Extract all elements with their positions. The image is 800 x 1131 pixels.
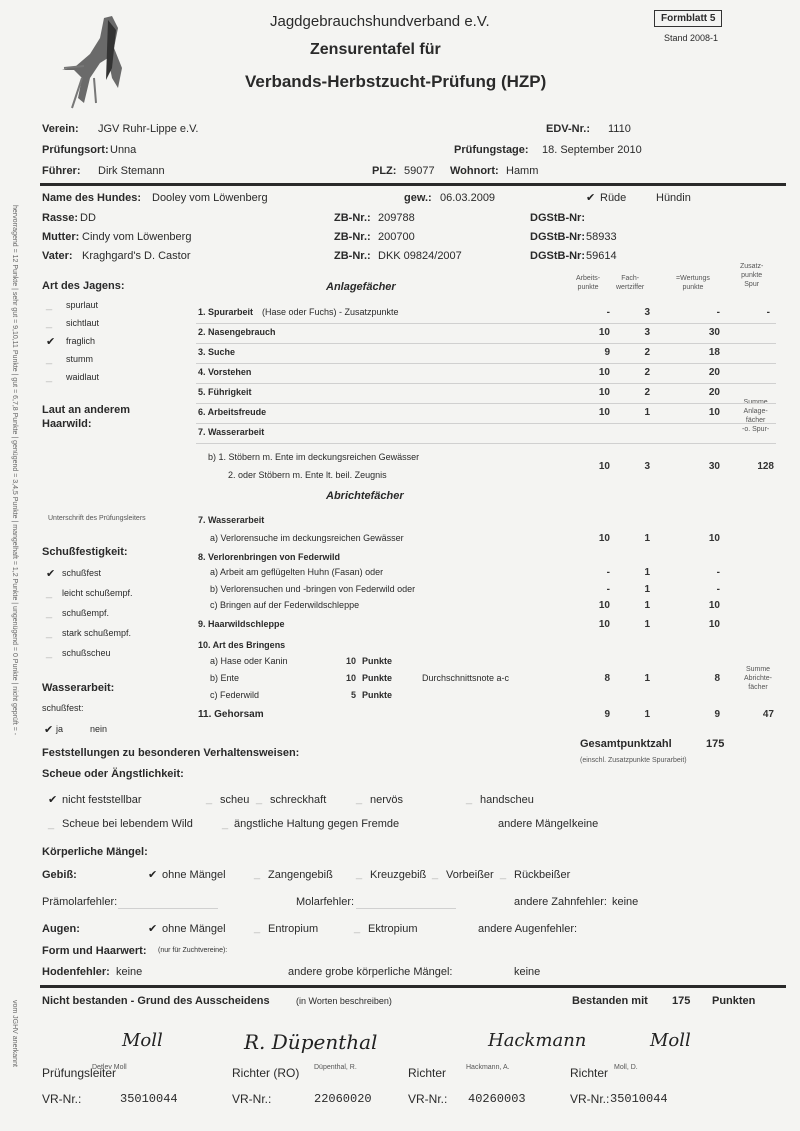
gehorsam-fw: 1 <box>620 709 650 720</box>
judge-role: Richter (RO) <box>232 1066 299 1080</box>
passed-label: Bestanden mit <box>572 995 648 1007</box>
wasser-title: Wasserarbeit: <box>42 682 114 694</box>
hunting-dog-logo-icon <box>34 8 144 116</box>
failed-label: Nicht bestanden - Grund des Ausscheidens <box>42 995 270 1007</box>
schuss-checkbox[interactable]: _ <box>46 647 52 659</box>
augen-option: Entropium <box>268 923 318 935</box>
gebiss-option: Vorbeißer <box>446 869 494 881</box>
schuss-title: Schußfestigkeit: <box>42 546 128 558</box>
anlage-wp: - <box>690 307 720 318</box>
abricht-ap: 10 <box>580 533 610 544</box>
gebiss-option: Zangengebiß <box>268 869 333 881</box>
row-divider <box>196 323 776 324</box>
scheu-checkbox[interactable]: _ <box>466 793 472 805</box>
vr-number: 22060020 <box>314 1092 372 1106</box>
verein-value: JGV Ruhr-Lippe e.V. <box>98 123 198 135</box>
rasse-value: DD <box>80 212 96 224</box>
bringen-label: a) Hase oder Kanin <box>210 656 288 666</box>
scheu-option: schreckhaft <box>270 794 326 806</box>
sum-abricht-label: SummeAbrichte-fächer <box>744 665 772 692</box>
wasser-sub: schußfest: <box>42 703 84 713</box>
vater-zb-value: DKK 09824/2007 <box>378 250 462 262</box>
sum-abricht: 47 <box>740 709 774 720</box>
rasse-label: Rasse: <box>42 212 78 224</box>
row-divider <box>196 343 776 344</box>
vr-number: 40260003 <box>468 1092 526 1106</box>
anlage-title: Anlagefächer <box>326 281 396 293</box>
dog-name-value: Dooley vom Löwenberg <box>152 192 268 204</box>
scheu-checkbox[interactable]: _ <box>256 793 262 805</box>
anlage-ap: 10 <box>580 407 610 418</box>
anlage-row-label: 3. Suche <box>198 347 235 357</box>
pruefungstage-label: Prüfungstage: <box>454 144 529 156</box>
bringen-ap: 8 <box>580 673 610 684</box>
abricht-fw: 1 <box>620 584 650 595</box>
sum-anlage: 128 <box>740 461 774 472</box>
gebiss-checkbox[interactable]: _ <box>500 868 506 880</box>
dog-name-label: Name des Hundes: <box>42 192 141 204</box>
gebiss-checkbox[interactable]: _ <box>254 868 260 880</box>
vater-value: Kraghgard's D. Castor <box>82 250 190 262</box>
divider-bottom <box>40 985 786 988</box>
abricht-title: Abrichtefächer <box>326 490 404 502</box>
judge-role: Richter <box>408 1066 446 1080</box>
jagen-title: Art des Jagens: <box>42 280 125 292</box>
row2-box-1[interactable]: _ <box>48 818 54 830</box>
col-zusatz: Zusatz-punkteSpur <box>740 262 763 289</box>
mutter-zb-label: ZB-Nr.: <box>334 231 371 243</box>
jagen-checkbox[interactable]: _ <box>46 371 52 383</box>
augen-option: ohne Mängel <box>162 923 226 935</box>
wasser-b-wp: 30 <box>690 461 720 472</box>
wohnort-value: Hamm <box>506 165 538 177</box>
praemolar-label: Prämolarfehler: <box>42 896 117 908</box>
gebiss-label: Gebiß: <box>42 869 77 881</box>
passed-points: 175 <box>672 995 690 1007</box>
row-divider <box>196 423 776 424</box>
gesamt-label: Gesamtpunktzahl <box>580 738 672 750</box>
pruefungsort-label: Prüfungsort: <box>42 144 109 156</box>
signature-caption: Unterschrift des Prüfungsleiters <box>48 515 146 522</box>
passed-unit: Punkten <box>712 995 755 1007</box>
vater-label: Vater: <box>42 250 73 262</box>
gebiss-checkbox[interactable]: _ <box>356 868 362 880</box>
signature: Moll <box>650 1030 691 1051</box>
anlage-wp: 20 <box>690 387 720 398</box>
form-note: (nur für Zuchtvereine): <box>158 947 227 954</box>
grading-scale-note: hervorragend = 12 Punkte | sehr gut = 9,… <box>11 205 18 735</box>
abricht-fw: 1 <box>620 619 650 630</box>
bringen-unit: Punkte <box>362 656 392 666</box>
abricht-wp: 10 <box>690 619 720 630</box>
jagen-option: stumm <box>66 354 93 364</box>
abricht-wp: 10 <box>690 533 720 544</box>
abricht-fw: 1 <box>620 533 650 544</box>
wasser-nein: nein <box>90 724 107 734</box>
schuss-checkbox[interactable]: _ <box>46 587 52 599</box>
vater-dgstb-label: DGStB-Nr: <box>530 250 585 262</box>
bringen-fw: 1 <box>620 673 650 684</box>
scheu-title: Scheue oder Ängstlichkeit: <box>42 768 184 780</box>
jagen-checkbox[interactable]: _ <box>46 299 52 311</box>
mutter-dgstb-label: DGStB-Nr: <box>530 231 585 243</box>
scheu-checkbox[interactable]: _ <box>356 793 362 805</box>
schuss-option: schußfest <box>62 568 101 578</box>
pruefungsort-value: Unna <box>110 144 136 156</box>
bringen-unit: Punkte <box>362 673 392 683</box>
jagen-checkbox[interactable]: _ <box>46 317 52 329</box>
grobe-label: andere grobe körperliche Mängel: <box>288 966 453 978</box>
abricht-fw: 1 <box>620 600 650 611</box>
gesamt-note: (einschl. Zusatzpunkte Spurarbeit) <box>580 757 687 764</box>
signature: R. Düpenthal <box>244 1030 377 1054</box>
anlage-row-note: (Hase oder Fuchs) - Zusatzpunkte <box>262 307 399 317</box>
augen-option: Ektropium <box>368 923 418 935</box>
mutter-label: Mutter: <box>42 231 79 243</box>
schuss-checkbox[interactable]: ✔ <box>46 567 55 580</box>
anlage-fw: 1 <box>620 407 650 418</box>
judge-name: Moll, D. <box>614 1064 638 1071</box>
row-divider <box>196 443 776 444</box>
gew-label: gew.: <box>404 192 432 204</box>
bringen-unit: Punkte <box>362 690 392 700</box>
anlage-row-label: 5. Führigkeit <box>198 387 252 397</box>
edv-label: EDV-Nr.: <box>546 123 590 135</box>
gebiss-checkbox[interactable]: _ <box>432 868 438 880</box>
plz-label: PLZ: <box>372 165 396 177</box>
abricht-ap: - <box>580 584 610 595</box>
mutter-zb-value: 200700 <box>378 231 415 243</box>
jagen-checkbox[interactable]: ✔ <box>46 335 55 348</box>
abricht-ap: 10 <box>580 600 610 611</box>
edv-value: 1110 <box>608 123 631 135</box>
scheu-checkbox[interactable]: _ <box>206 793 212 805</box>
vater-dgstb-value: 59614 <box>586 250 617 262</box>
wasser-b-ap: 10 <box>580 461 610 472</box>
zahn-label: andere Zahnfehler: <box>514 896 607 908</box>
mutter-value: Cindy vom Löwenberg <box>82 231 191 243</box>
anlage-row-label: 2. Nasengebrauch <box>198 327 276 337</box>
gew-value: 06.03.2009 <box>440 192 495 204</box>
divider-top <box>40 183 786 186</box>
anlage-row-label: 4. Vorstehen <box>198 367 251 377</box>
row-divider <box>196 403 776 404</box>
scheu-lebend: Scheue bei lebendem Wild <box>62 818 193 830</box>
augen-other-label: andere Augenfehler: <box>478 923 577 935</box>
schuss-option: schußscheu <box>62 648 111 658</box>
gebiss-option: ohne Mängel <box>162 869 226 881</box>
vr-label: VR-Nr.: <box>570 1092 609 1106</box>
gebiss-checkbox[interactable]: ✔ <box>148 868 157 881</box>
fuehrer-label: Führer: <box>42 165 81 177</box>
abricht-row-label: b) Verlorensuchen und -bringen von Feder… <box>210 584 415 594</box>
anlage-fw: 2 <box>620 347 650 358</box>
anlage-ap: 9 <box>580 347 610 358</box>
anlage-row-label: 7. Wasserarbeit <box>198 427 264 437</box>
title-line-1: Zensurentafel für <box>310 41 441 59</box>
col-fach: Fach-wertziffer <box>616 274 644 292</box>
vr-number: 35010044 <box>610 1092 668 1106</box>
anlage-fw: 2 <box>620 367 650 378</box>
row2-box-2[interactable]: _ <box>222 818 228 830</box>
anlage-fw: 3 <box>620 307 650 318</box>
form-label: Form und Haarwert: <box>42 945 147 957</box>
anlage-row-label: 1. Spurarbeit <box>198 307 253 317</box>
anlage-wp: 20 <box>690 367 720 378</box>
jagen-option: sichtlaut <box>66 318 99 328</box>
jagen-checkbox[interactable]: _ <box>46 353 52 365</box>
augen-checkbox[interactable]: _ <box>354 922 360 934</box>
vr-label: VR-Nr.: <box>232 1092 271 1106</box>
failed-note: (in Worten beschreiben) <box>296 996 392 1006</box>
abricht-wp: - <box>690 584 720 595</box>
abricht-row-label: 7. Wasserarbeit <box>198 515 264 525</box>
gehorsam-wp: 9 <box>690 709 720 720</box>
anlage-ap: 10 <box>580 387 610 398</box>
wasser-b-fw: 3 <box>620 461 650 472</box>
sex-female-label: Hündin <box>656 192 691 204</box>
grobe-value: keine <box>514 966 540 978</box>
gehorsam-ap: 9 <box>580 709 610 720</box>
anlage-fw: 3 <box>620 327 650 338</box>
title-line-2: Verbands-Herbstzucht-Prüfung (HZP) <box>245 72 546 92</box>
wasser-ja: ja <box>56 724 63 734</box>
anlage-fw: 2 <box>620 387 650 398</box>
vater-zb-label: ZB-Nr.: <box>334 250 371 262</box>
scheu-option: nervös <box>370 794 403 806</box>
bringen-wp: 8 <box>690 673 720 684</box>
anlage-wp: 10 <box>690 407 720 418</box>
fuehrer-value: Dirk Stemann <box>98 165 165 177</box>
abricht-ap: - <box>580 567 610 578</box>
wasser-ja-check[interactable]: ✔ <box>44 723 53 736</box>
schuss-option: stark schußempf. <box>62 628 131 638</box>
abricht-wp: - <box>690 567 720 578</box>
anlage-extra: - <box>740 307 770 318</box>
andere-maengel-value: keine <box>572 818 598 830</box>
abricht-row-label: 8. Verlorenbringen von Federwild <box>198 552 340 562</box>
gehorsam-label: 11. Gehorsam <box>198 709 264 720</box>
gebiss-option: Rückbeißer <box>514 869 570 881</box>
abricht-ap: 10 <box>580 619 610 630</box>
scheu-option: scheu <box>220 794 249 806</box>
signature: Hackmann <box>488 1030 586 1051</box>
hoden-label: Hodenfehler: <box>42 966 110 978</box>
bringen-label: c) Federwild <box>210 690 259 700</box>
sex-male-label: Rüde <box>600 192 626 204</box>
anlage-ap: - <box>580 307 610 318</box>
recognition-note: vom JGHV anerkannt <box>11 1000 18 1067</box>
col-arbeit: Arbeits-punkte <box>576 274 600 292</box>
augen-checkbox[interactable]: _ <box>254 922 260 934</box>
row-divider <box>196 383 776 384</box>
jagen-option: spurlaut <box>66 300 98 310</box>
schuss-checkbox[interactable]: _ <box>46 607 52 619</box>
judge-name: Düpenthal, R. <box>314 1064 357 1071</box>
molar-label: Molarfehler: <box>296 896 354 908</box>
bringen-label: b) Ente <box>210 673 239 683</box>
abricht-wp: 10 <box>690 600 720 611</box>
pruefungstage-value: 18. September 2010 <box>542 144 642 156</box>
abricht-row-label: 9. Haarwildschleppe <box>198 619 285 629</box>
jagen-option: fraglich <box>66 336 95 346</box>
vr-number: 35010044 <box>120 1092 178 1106</box>
org-name: Jagdgebrauchshundverband e.V. <box>270 13 490 30</box>
hoden-value: keine <box>116 966 142 978</box>
judge-role: Richter <box>570 1066 608 1080</box>
col-wertung: =Wertungspunkte <box>676 274 710 292</box>
jagen-option: waidlaut <box>66 372 99 382</box>
andere-maengel-label: andere Mängel: <box>498 818 574 830</box>
verein-label: Verein: <box>42 123 79 135</box>
augen-checkbox[interactable]: ✔ <box>148 922 157 935</box>
bringen-points: 10 <box>336 656 356 666</box>
behavior-title: Feststellungen zu besonderen Verhaltensw… <box>42 747 299 759</box>
schuss-option: leicht schußempf. <box>62 588 133 598</box>
abricht-fw: 1 <box>620 567 650 578</box>
gebiss-option: Kreuzgebiß <box>370 869 426 881</box>
vr-label: VR-Nr.: <box>408 1092 447 1106</box>
schuss-option: schußempf. <box>62 608 109 618</box>
form-badge: Formblatt 5 <box>654 10 722 27</box>
bringen-points: 5 <box>336 690 356 700</box>
anlage-ap: 10 <box>580 367 610 378</box>
dgstb-label: DGStB-Nr: <box>530 212 585 224</box>
zb-value: 209788 <box>378 212 415 224</box>
scheu-option: nicht feststellbar <box>62 794 141 806</box>
laut-title-1: Laut an anderem <box>42 404 130 416</box>
zahn-value: keine <box>612 896 638 908</box>
augen-label: Augen: <box>42 923 80 935</box>
plz-value: 59077 <box>404 165 435 177</box>
scheu-fremde: ängstliche Haltung gegen Fremde <box>234 818 399 830</box>
abricht-row-label: 10. Art des Bringens <box>198 640 285 650</box>
logo <box>34 8 144 116</box>
signature: Moll <box>122 1030 163 1051</box>
anlage-wp: 30 <box>690 327 720 338</box>
form-version: Stand 2008-1 <box>664 33 718 43</box>
abricht-row-label: a) Verlorensuche im deckungsreichen Gewä… <box>210 533 404 543</box>
wohnort-label: Wohnort: <box>450 165 499 177</box>
zb-label: ZB-Nr.: <box>334 212 371 224</box>
mutter-dgstb-value: 58933 <box>586 231 617 243</box>
durchschnitt-label: Durchschnittsnote a-c <box>422 673 509 683</box>
wasser-b1: b) 1. Stöbern m. Ente im deckungsreichen… <box>208 452 419 462</box>
wasser-b2: 2. oder Stöbern m. Ente lt. beil. Zeugni… <box>228 470 387 480</box>
sex-male-check[interactable]: ✔ <box>586 191 595 204</box>
scheu-checkbox[interactable]: ✔ <box>48 793 57 806</box>
laut-title-2: Haarwild: <box>42 418 92 430</box>
judge-name: Hackmann, A. <box>466 1064 510 1071</box>
anlage-row-label: 6. Arbeitsfreude <box>198 407 266 417</box>
physical-title: Körperliche Mängel: <box>42 846 148 858</box>
anlage-ap: 10 <box>580 327 610 338</box>
bringen-points: 10 <box>336 673 356 683</box>
abricht-row-label: a) Arbeit am geflügelten Huhn (Fasan) od… <box>210 567 383 577</box>
scheu-option: handscheu <box>480 794 534 806</box>
anlage-wp: 18 <box>690 347 720 358</box>
schuss-checkbox[interactable]: _ <box>46 627 52 639</box>
judge-name: Detlev Moll <box>92 1064 127 1071</box>
gesamt-value: 175 <box>706 738 724 750</box>
vr-label: VR-Nr.: <box>42 1092 81 1106</box>
abricht-row-label: c) Bringen auf der Federwildschleppe <box>210 600 359 610</box>
row-divider <box>196 363 776 364</box>
